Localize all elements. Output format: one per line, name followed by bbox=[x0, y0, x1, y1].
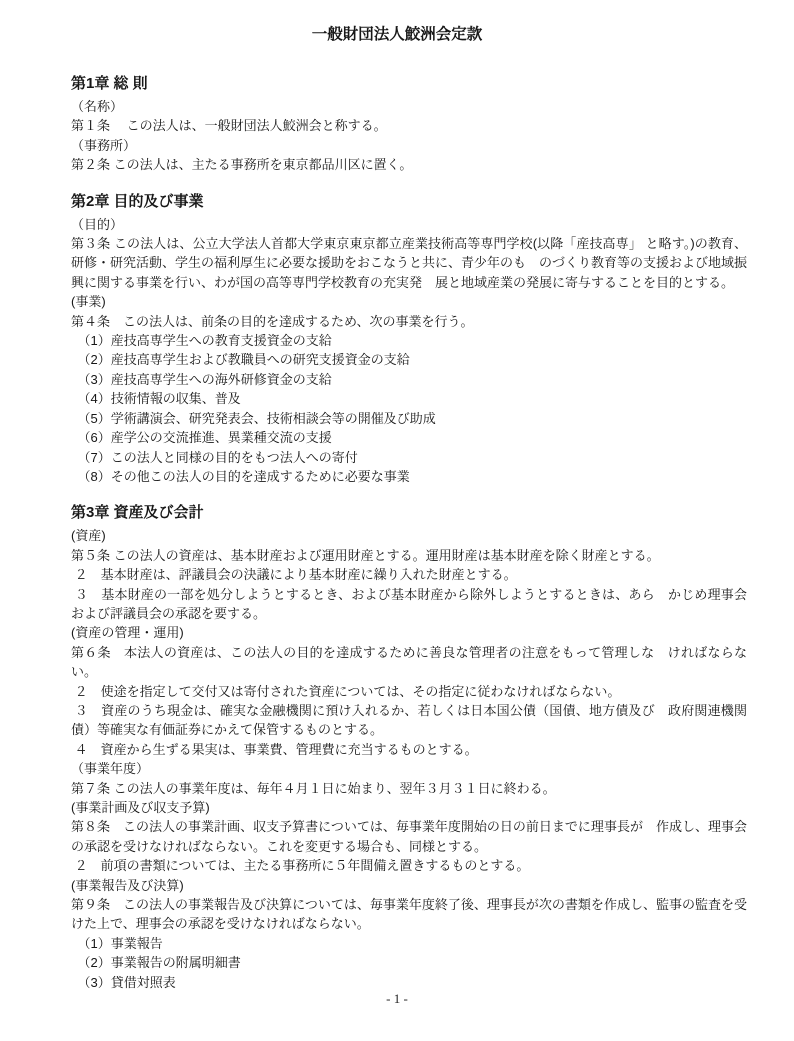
document-line: （2）産技高専学生および教職員への研究支援資金の支給 bbox=[71, 350, 747, 369]
document-line: （8）その他この法人の目的を達成するために必要な事業 bbox=[71, 467, 747, 486]
document-line: （7）この法人と同様の目的をもつ法人への寄付 bbox=[71, 448, 747, 467]
document-line: （3）貸借対照表 bbox=[71, 973, 747, 992]
document-line: 第３条 この法人は、公立大学法人首都大学東京東京都立産業技術高等専門学校(以降「… bbox=[71, 234, 747, 292]
chapter-heading: 第1章 総 則 bbox=[71, 72, 747, 95]
document-line: (事業報告及び決算) bbox=[71, 876, 747, 895]
document-line: 第７条 この法人の事業年度は、毎年４月１日に始まり、翌年３月３１日に終わる。 bbox=[71, 779, 747, 798]
document-line: （名称） bbox=[71, 97, 747, 116]
document-body: 第1章 総 則（名称）第１条 この法人は、一般財団法人鮫洲会と称する。（事務所）… bbox=[0, 45, 794, 992]
document-line: （1）産技高専学生への教育支援資金の支給 bbox=[71, 331, 747, 350]
document-line: 第８条 この法人の事業計画、収支予算書については、毎事業年度開始の日の前日までに… bbox=[71, 817, 747, 856]
document-line: （4）技術情報の収集、普及 bbox=[71, 389, 747, 408]
document-line: （事務所） bbox=[71, 136, 747, 155]
chapter-heading: 第2章 目的及び事業 bbox=[71, 190, 747, 213]
document-line: ３ 基本財産の一部を処分しようとするとき、および基本財産から除外しようとするとき… bbox=[71, 585, 747, 624]
document-line: （2）事業報告の附属明細書 bbox=[71, 953, 747, 972]
document-page: 一般財団法人鮫洲会定款 第1章 総 則（名称）第１条 この法人は、一般財団法人鮫… bbox=[0, 0, 794, 1041]
document-line: 第５条 この法人の資産は、基本財産および運用財産とする。運用財産は基本財産を除く… bbox=[71, 546, 747, 565]
document-line: ２ 基本財産は、評議員会の決議により基本財産に繰り入れた財産とする。 bbox=[71, 565, 747, 584]
document-line: （1）事業報告 bbox=[71, 934, 747, 953]
document-line: （目的） bbox=[71, 215, 747, 234]
document-line: ４ 資産から生ずる果実は、事業費、管理費に充当するものとする。 bbox=[71, 740, 747, 759]
document-line: （6）産学公の交流推進、異業種交流の支援 bbox=[71, 428, 747, 447]
document-line: (資産の管理・運用) bbox=[71, 623, 747, 642]
document-line: (資産) bbox=[71, 526, 747, 545]
document-line: 第１条 この法人は、一般財団法人鮫洲会と称する。 bbox=[71, 116, 747, 135]
document-line: (事業) bbox=[71, 292, 747, 311]
document-title: 一般財団法人鮫洲会定款 bbox=[0, 0, 794, 45]
document-line: ２ 使途を指定して交付又は寄付された資産については、その指定に従わなければならな… bbox=[71, 682, 747, 701]
chapter-heading: 第3章 資産及び会計 bbox=[71, 501, 747, 524]
document-line: 第９条 この法人の事業報告及び決算については、毎事業年度終了後、理事長が次の書類… bbox=[71, 895, 747, 934]
document-line: ３ 資産のうち現金は、確実な金融機関に預け入れるか、若しくは日本国公債（国債、地… bbox=[71, 701, 747, 740]
document-line: （事業年度） bbox=[71, 759, 747, 778]
document-line: （5）学術講演会、研究発表会、技術相談会等の開催及び助成 bbox=[71, 409, 747, 428]
document-line: ２ 前項の書類については、主たる事務所に５年間備え置きするものとする。 bbox=[71, 856, 747, 875]
document-line: 第２条 この法人は、主たる事務所を東京都品川区に置く。 bbox=[71, 155, 747, 174]
document-line: 第４条 この法人は、前条の目的を達成するため、次の事業を行う。 bbox=[71, 312, 747, 331]
document-line: （3）産技高専学生への海外研修資金の支給 bbox=[71, 370, 747, 389]
document-line: (事業計画及び収支予算) bbox=[71, 798, 747, 817]
page-number: - 1 - bbox=[0, 991, 794, 1007]
document-line: 第６条 本法人の資産は、この法人の目的を達成するために善良な管理者の注意をもって… bbox=[71, 643, 747, 682]
